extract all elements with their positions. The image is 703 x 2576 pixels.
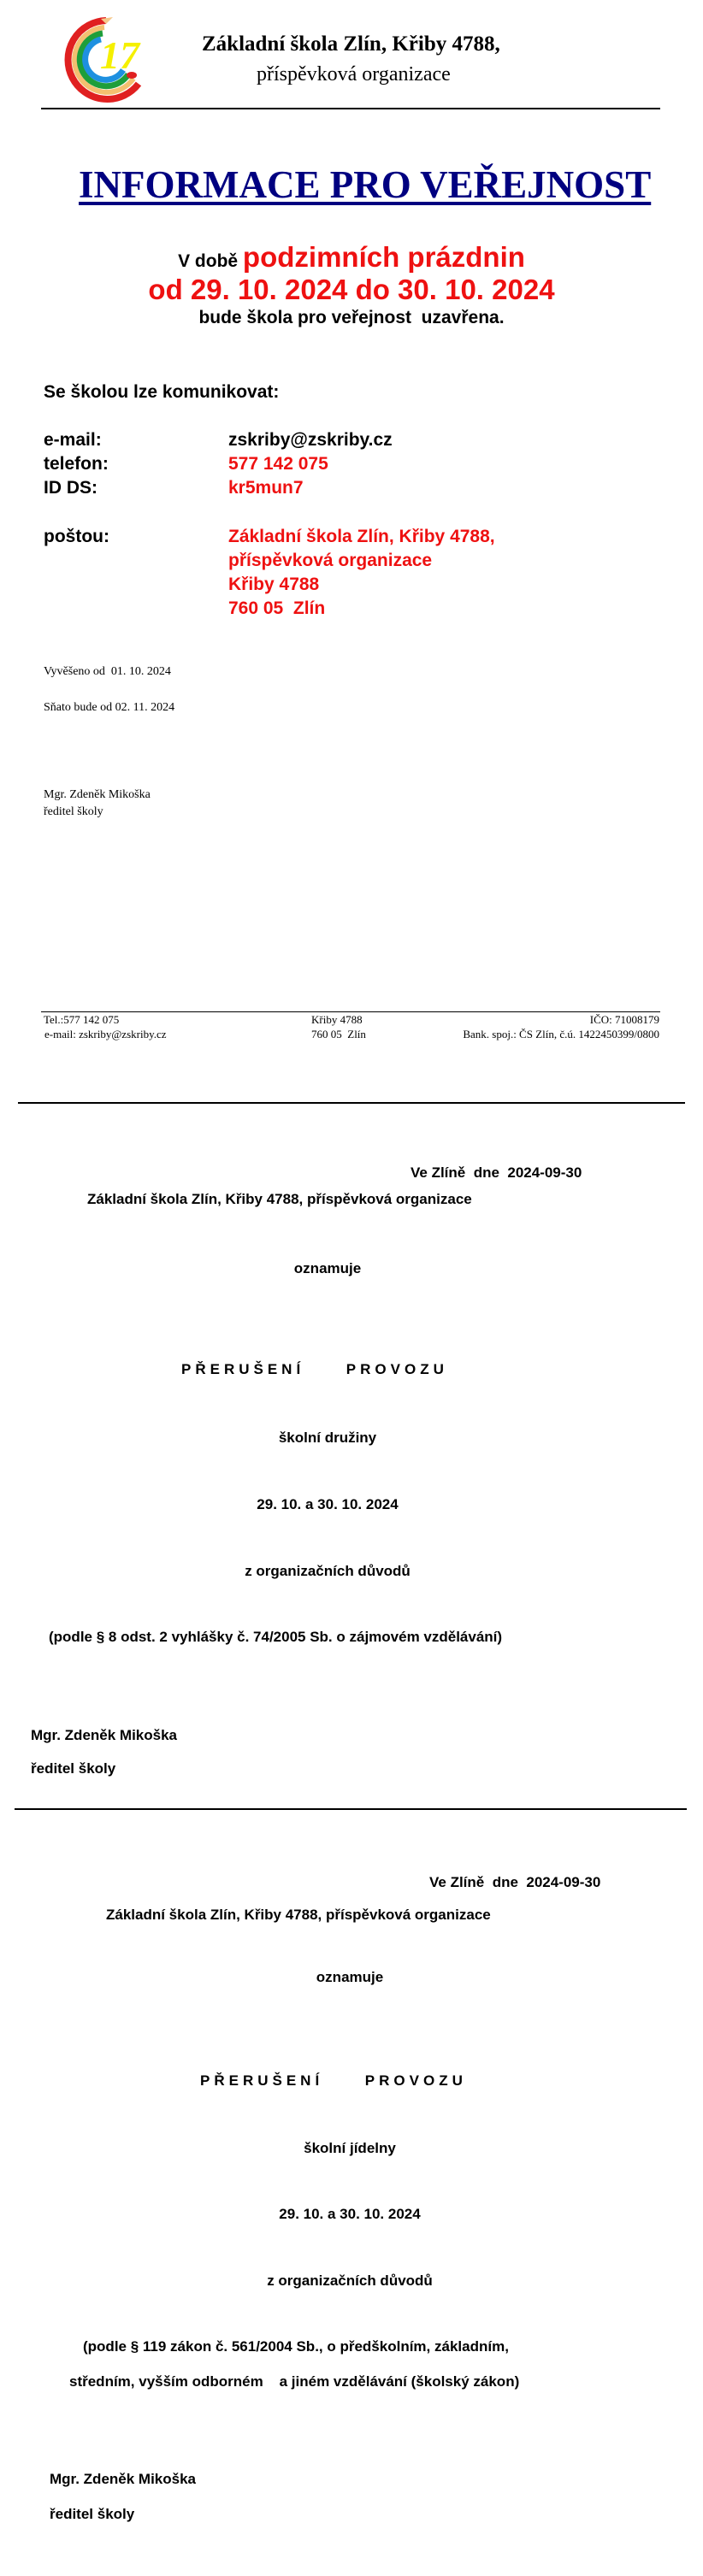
announcement-signer-name: Mgr. Zdeněk Mikoška bbox=[31, 1727, 177, 1744]
intro-highlight: podzimních prázdnin bbox=[243, 241, 525, 273]
announcement-reason: z organizačních důvodů bbox=[0, 1563, 679, 1580]
contact-label-phone: telefon: bbox=[44, 454, 109, 475]
header-divider bbox=[41, 108, 660, 109]
footer-divider bbox=[41, 1011, 660, 1012]
announcement-facility: školní družiny bbox=[0, 1429, 679, 1447]
footer-ico: IČO: 71008179 bbox=[590, 1013, 659, 1027]
announcement-legal: středním, vyšším odborném a jiném vzdělá… bbox=[69, 2373, 519, 2390]
announcement-signer-role: ředitel školy bbox=[31, 1760, 115, 1777]
announcement-organization: Základní škola Zlín, Křiby 4788, příspěv… bbox=[87, 1191, 472, 1208]
contact-label-post: poštou: bbox=[44, 527, 109, 547]
contact-email[interactable]: zskriby@zskriby.cz bbox=[228, 430, 393, 451]
notice-closure-text: bude škola pro veřejnost uzavřena. bbox=[0, 308, 703, 328]
notice-date-range: od 29. 10. 2024 do 30. 10. 2024 bbox=[0, 274, 703, 306]
announcement-place-date: Ve Zlíně dne 2024-09-30 bbox=[411, 1164, 582, 1182]
announcement-dates: 29. 10. a 30. 10. 2024 bbox=[0, 1496, 679, 1513]
announcement-reason: z organizačních důvodů bbox=[0, 2272, 701, 2290]
announcement-place-date: Ve Zlíně dne 2024-09-30 bbox=[429, 1874, 600, 1891]
notice-intro: V době podzimních prázdnin bbox=[0, 241, 703, 274]
removed-from: Sňato bude od 02. 11. 2024 bbox=[44, 701, 174, 715]
announcement-organization: Základní škola Zlín, Křiby 4788, příspěv… bbox=[106, 1907, 491, 1924]
announcement-announces: oznamuje bbox=[0, 1260, 679, 1277]
announcement-signer-role: ředitel školy bbox=[50, 2506, 134, 2523]
post-line: 760 05 Zlín bbox=[228, 598, 325, 619]
school-type: příspěvková organizace bbox=[257, 63, 451, 86]
contact-phone[interactable]: 577 142 075 bbox=[228, 454, 328, 475]
school-logo-icon: 17 bbox=[53, 17, 154, 103]
post-line: Křiby 4788 bbox=[228, 575, 319, 595]
footer-email: e-mail: zskriby@zskriby.cz bbox=[44, 1028, 167, 1041]
post-line: Základní škola Zlín, Křiby 4788, bbox=[228, 527, 495, 547]
announcement-heading: PŘERUŠENÍ PROVOZU bbox=[200, 2072, 467, 2090]
contact-id-ds: kr5mun7 bbox=[228, 478, 304, 498]
intro-prefix: V době bbox=[178, 251, 243, 271]
notice-title: INFORMACE PRO VEŘEJNOST bbox=[79, 162, 623, 207]
announcement-heading: PŘERUŠENÍ PROVOZU bbox=[181, 1361, 448, 1378]
announcement-announces: oznamuje bbox=[0, 1969, 701, 1986]
footer-tel: Tel.:577 142 075 bbox=[44, 1013, 119, 1027]
posted-from: Vyvěšeno od 01. 10. 2024 bbox=[44, 665, 171, 679]
svg-text:17: 17 bbox=[100, 33, 141, 77]
announcement-facility: školní jídelny bbox=[0, 2140, 701, 2157]
signature-name: Mgr. Zdeněk Mikoška bbox=[44, 788, 151, 802]
footer-street: Křiby 4788 bbox=[311, 1013, 363, 1027]
announcement-legal: (podle § 119 zákon č. 561/2004 Sb., o př… bbox=[83, 2338, 509, 2355]
footer-city: 760 05 Zlín bbox=[311, 1028, 366, 1041]
section-divider bbox=[18, 1102, 685, 1104]
contact-label-email: e-mail: bbox=[44, 430, 102, 451]
announcement-signer-name: Mgr. Zdeněk Mikoška bbox=[50, 2471, 196, 2488]
contact-label-id-ds: ID DS: bbox=[44, 478, 97, 498]
announcement-legal: (podle § 8 odst. 2 vyhlášky č. 74/2005 S… bbox=[49, 1629, 502, 1646]
school-name: Základní škola Zlín, Křiby 4788, bbox=[202, 32, 500, 56]
contact-heading: Se školou lze komunikovat: bbox=[44, 382, 279, 403]
section-divider bbox=[15, 1808, 687, 1810]
post-line: příspěvková organizace bbox=[228, 551, 432, 571]
footer-bank: Bank. spoj.: ČS Zlín, č.ú. 1422450399/08… bbox=[463, 1028, 659, 1041]
announcement-dates: 29. 10. a 30. 10. 2024 bbox=[0, 2206, 701, 2223]
signature-role: ředitel školy bbox=[44, 805, 103, 819]
